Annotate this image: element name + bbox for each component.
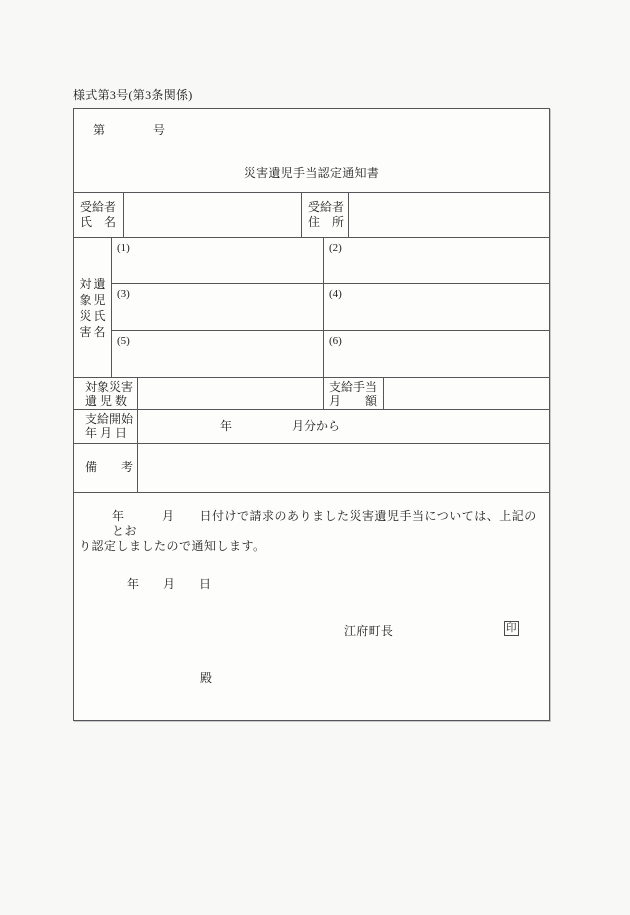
orphan-names-label: 対 象 災 害 遺 児 氏 名: [74, 238, 112, 377]
orphan-name-cell-3: (3): [112, 284, 324, 330]
recipient-address-value: [349, 193, 549, 237]
document-page: 様式第3号(第3条関係) 第 号 災害遺児手当認定通知書 受給者 氏 名 受給者…: [0, 0, 630, 915]
payment-start-label: 支給開始 年 月 日: [74, 410, 138, 443]
orphan-count-label: 対象災害 遺 児 数: [74, 378, 138, 409]
payment-start-value: 年 月分から: [138, 410, 549, 443]
remarks-label: 備 考: [74, 444, 138, 492]
seal-placeholder-icon: 印: [504, 621, 519, 636]
recipient-name-label-line2: 氏 名: [80, 215, 123, 230]
orphan-count-row: 対象災害 遺 児 数 支給手当 月 額: [74, 378, 549, 410]
cell-marker: (2): [329, 242, 342, 254]
cell-marker: (5): [117, 335, 130, 347]
header-section: 第 号 災害遺児手当認定通知書: [74, 109, 549, 193]
orphan-names-section: 対 象 災 害 遺 児 氏 名 (1) (2) (3) (4) (5) (6): [74, 238, 549, 378]
form-note: 様式第3号(第3条関係): [73, 86, 193, 103]
orphan-count-value: [138, 378, 324, 409]
orphan-names-label-col-right: 遺 児 氏 名: [93, 276, 106, 340]
notice-paragraph-line2: り認定しましたので通知します。: [79, 539, 544, 554]
recipient-address-label-line1: 受給者: [308, 200, 348, 215]
recipient-address-label-line2: 住 所: [308, 215, 348, 230]
remarks-value: [138, 444, 549, 492]
payment-start-label-line2: 年 月 日: [85, 426, 137, 440]
notice-paragraph-line1: 年 月 日付けで請求のありました災害遺児手当については、上記のとお: [79, 509, 544, 539]
orphan-name-cell-4: (4): [324, 284, 549, 330]
addressee-honorific: 殿: [200, 669, 212, 686]
allowance-label-line1: 支給手当: [329, 380, 383, 394]
orphan-count-label-line2: 遺 児 数: [85, 394, 137, 408]
orphan-name-cell-5: (5): [112, 331, 324, 377]
recipient-name-label: 受給者 氏 名: [74, 193, 124, 237]
orphan-names-grid: (1) (2) (3) (4) (5) (6): [112, 238, 549, 377]
orphan-count-label-line1: 対象災害: [85, 380, 137, 394]
notice-body-section: 年 月 日付けで請求のありました災害遺児手当については、上記のとお り認定しまし…: [74, 493, 549, 720]
form-sheet: 第 号 災害遺児手当認定通知書 受給者 氏 名 受給者 住 所 対 象 災 害 …: [73, 108, 550, 721]
recipient-name-label-line1: 受給者: [80, 200, 123, 215]
recipient-row: 受給者 氏 名 受給者 住 所: [74, 193, 549, 238]
allowance-label: 支給手当 月 額: [324, 378, 384, 409]
recipient-address-label: 受給者 住 所: [302, 193, 349, 237]
orphan-names-label-col-left: 対 象 災 害: [79, 276, 92, 340]
doc-title: 災害遺児手当認定通知書: [74, 164, 549, 181]
payment-start-row: 支給開始 年 月 日 年 月分から: [74, 410, 549, 444]
orphan-name-cell-1: (1): [112, 238, 324, 284]
allowance-value: [384, 378, 549, 409]
cell-marker: (4): [329, 288, 342, 300]
signer-title: 江府町長: [344, 622, 393, 639]
notice-paragraph: 年 月 日付けで請求のありました災害遺児手当については、上記のとお り認定しまし…: [79, 509, 544, 554]
cell-marker: (6): [329, 335, 342, 347]
notice-date-line: 年 月 日: [127, 575, 211, 592]
cell-marker: (3): [117, 288, 130, 300]
orphan-name-cell-2: (2): [324, 238, 549, 284]
recipient-name-value: [124, 193, 302, 237]
orphan-name-cell-6: (6): [324, 331, 549, 377]
allowance-label-line2: 月 額: [329, 394, 383, 408]
doc-number: 第 号: [93, 121, 165, 138]
payment-start-label-line1: 支給開始: [85, 412, 137, 426]
remarks-row: 備 考: [74, 444, 549, 493]
cell-marker: (1): [117, 242, 130, 254]
